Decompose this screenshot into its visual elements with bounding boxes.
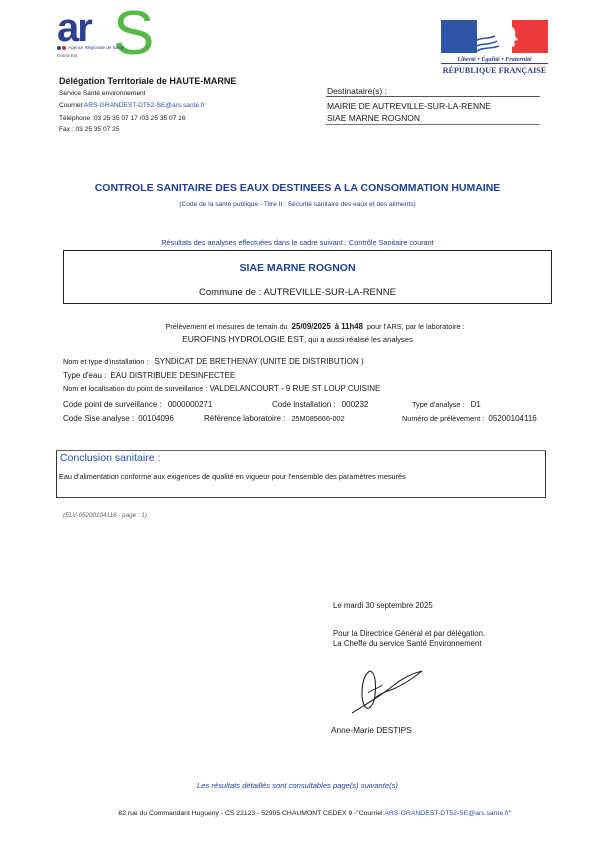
water-type-value: EAU DISTRIBUEE DESINFECTEE — [110, 371, 235, 380]
analysis-type-value: D1 — [471, 400, 481, 409]
recipient-item: MAIRIE DE AUTREVILLE-SUR-LA-RENNE — [327, 101, 491, 111]
signature-date: Le mardi 30 septembre 2025 — [333, 601, 433, 610]
footer-email-link[interactable]: ARS-GRANDEST-DT52-SE@ars.sante.fr — [384, 810, 509, 817]
lab-line: EUROFINS HYDROLOGIE EST, qui a aussi réa… — [0, 334, 595, 344]
fax: Fax : 03 25 35 07 25 — [59, 126, 120, 133]
water-type-row: Type d'eau : EAU DISTRIBUEE DESINFECTEE — [63, 371, 235, 380]
sampling-date: 25/09/2025 — [292, 322, 331, 331]
divider — [441, 63, 548, 64]
lab-reference: Référence laboratoire : 25M085666-002 — [204, 414, 345, 423]
installation-code-value: 000232 — [342, 400, 369, 409]
footer-address-text: 82 rue du Commandant Hugueny - CS 22123 … — [118, 810, 384, 817]
installation-code-label: Code installation : — [272, 400, 336, 409]
red-dot-icon — [62, 46, 66, 50]
signer-name: Anne-Marie DESTIPS — [331, 725, 412, 735]
analysis-type-label: Type d'analyse : — [412, 400, 465, 409]
surveillance-point-label: Nom et localisation du point de surveill… — [63, 384, 207, 393]
lab-suffix: , qui a aussi réalisé les analyses — [304, 335, 413, 344]
installation-code: Code installation : 000232 — [272, 400, 368, 409]
recipients-label: Destinataire(s) : — [327, 86, 387, 96]
point-code-label: Code point de surveillance : — [63, 400, 162, 409]
lab-reference-label: Référence laboratoire : — [204, 414, 285, 423]
sampling-suffix: pour l'ARS, par le laboratoire : — [367, 322, 465, 331]
divider — [326, 124, 540, 125]
sampling-time: à 11h48 — [335, 322, 363, 331]
recipient-item: SIAE MARNE ROGNON — [327, 113, 420, 123]
lab-name: EUROFINS HYDROLOGIE EST — [182, 334, 304, 344]
conclusion-text: Eau d'alimentation conforme aux exigence… — [59, 472, 406, 481]
republic-name: RÉPUBLIQUE FRANÇAISE — [441, 66, 548, 75]
surveillance-point-row: Nom et localisation du point de surveill… — [63, 384, 380, 393]
lab-reference-value: 25M085666-002 — [291, 414, 344, 423]
courriel-email-link[interactable]: ARS-GRANDEST-DT52-SE@ars.sante.fr — [84, 102, 205, 109]
sampling-line: Prélèvement et mesures de terrain du 25/… — [0, 322, 595, 331]
courriel-line: Courriel:ARS-GRANDEST-DT52-SE@ars.sante.… — [59, 102, 205, 109]
water-type-label: Type d'eau : — [63, 371, 106, 380]
courriel-label: Courriel: — [59, 102, 84, 109]
sample-number-value: 05200104116 — [488, 414, 536, 423]
installation-row: Nom et type d'installation : SYNDICAT DE… — [63, 357, 364, 366]
sise-label: Code Sise analyse : — [63, 414, 134, 423]
delegation-title: Délégation Territoriale de HAUTE-MARNE — [59, 76, 236, 86]
page-reference: (ELV-05200104116 - page : 1) — [63, 512, 147, 519]
document-title: CONTROLE SANITAIRE DES EAUX DESTINEES A … — [0, 182, 595, 194]
commune: Commune de : AUTREVILLE-SUR-LA-RENNE — [0, 287, 595, 298]
marianne-profile-icon — [469, 22, 525, 53]
sampling-prefix: Prélèvement et mesures de terrain du — [165, 322, 287, 331]
ars-region: Grand Est — [57, 53, 77, 58]
analysis-context: Résultats des analyses effectuées dans l… — [0, 238, 595, 247]
surveillance-point-value: VALDELANCOURT - 9 RUE ST LOUP CUISINE — [209, 384, 380, 393]
analysis-type: Type d'analyse : D1 — [412, 400, 481, 409]
conclusion-title: Conclusion sanitaire : — [60, 452, 160, 464]
point-code-value: 0000000271 — [168, 400, 213, 409]
point-code-row: Code point de surveillance : 0000000271 — [63, 400, 212, 409]
installation-label: Nom et type d'installation : — [63, 357, 148, 366]
sample-number: Numéro de prélèvement : 05200104116 — [402, 414, 537, 423]
ars-logo: ar S Agence Régionale de Santé Grand Est — [55, 12, 160, 70]
blue-dot-icon — [57, 46, 61, 50]
ars-logo-s: S — [113, 0, 154, 69]
sample-number-label: Numéro de prélèvement : — [402, 414, 484, 423]
sise-value: 00104096 — [138, 414, 174, 423]
installation-value: SYNDICAT DE BRETHENAY (UNITE DE DISTRIBU… — [154, 357, 363, 366]
ars-tagline: Agence Régionale de Santé — [57, 45, 124, 50]
signature-line-1: Pour la Directrice Général et par déléga… — [333, 629, 485, 638]
divider — [326, 96, 540, 97]
document-subtitle: (Code de la santé publique - Titre II : … — [0, 201, 595, 208]
telephone: Téléphone :03 25 35 07 17 /03 25 35 07 1… — [59, 115, 186, 122]
detailed-results-note: Les résultats détaillés sont consultable… — [0, 781, 595, 790]
republique-francaise-logo: Liberté • Égalité • Fraternité RÉPUBLIQU… — [441, 20, 548, 78]
service-name: Service Santé environnement — [59, 90, 146, 97]
sise-row: Code Sise analyse : 00104096 — [63, 414, 174, 423]
republic-motto: Liberté • Égalité • Fraternité — [441, 56, 548, 63]
handwritten-signature-icon — [348, 665, 438, 721]
footer-address-end: " — [509, 810, 511, 817]
entity-name: SIAE MARNE ROGNON — [0, 262, 595, 274]
footer-address: 82 rue du Commandant Hugueny - CS 22123 … — [0, 810, 595, 817]
ars-tagline-text: Agence Régionale de Santé — [68, 45, 124, 50]
signature-line-2: La Cheffe du service Santé Environnement — [333, 639, 482, 648]
